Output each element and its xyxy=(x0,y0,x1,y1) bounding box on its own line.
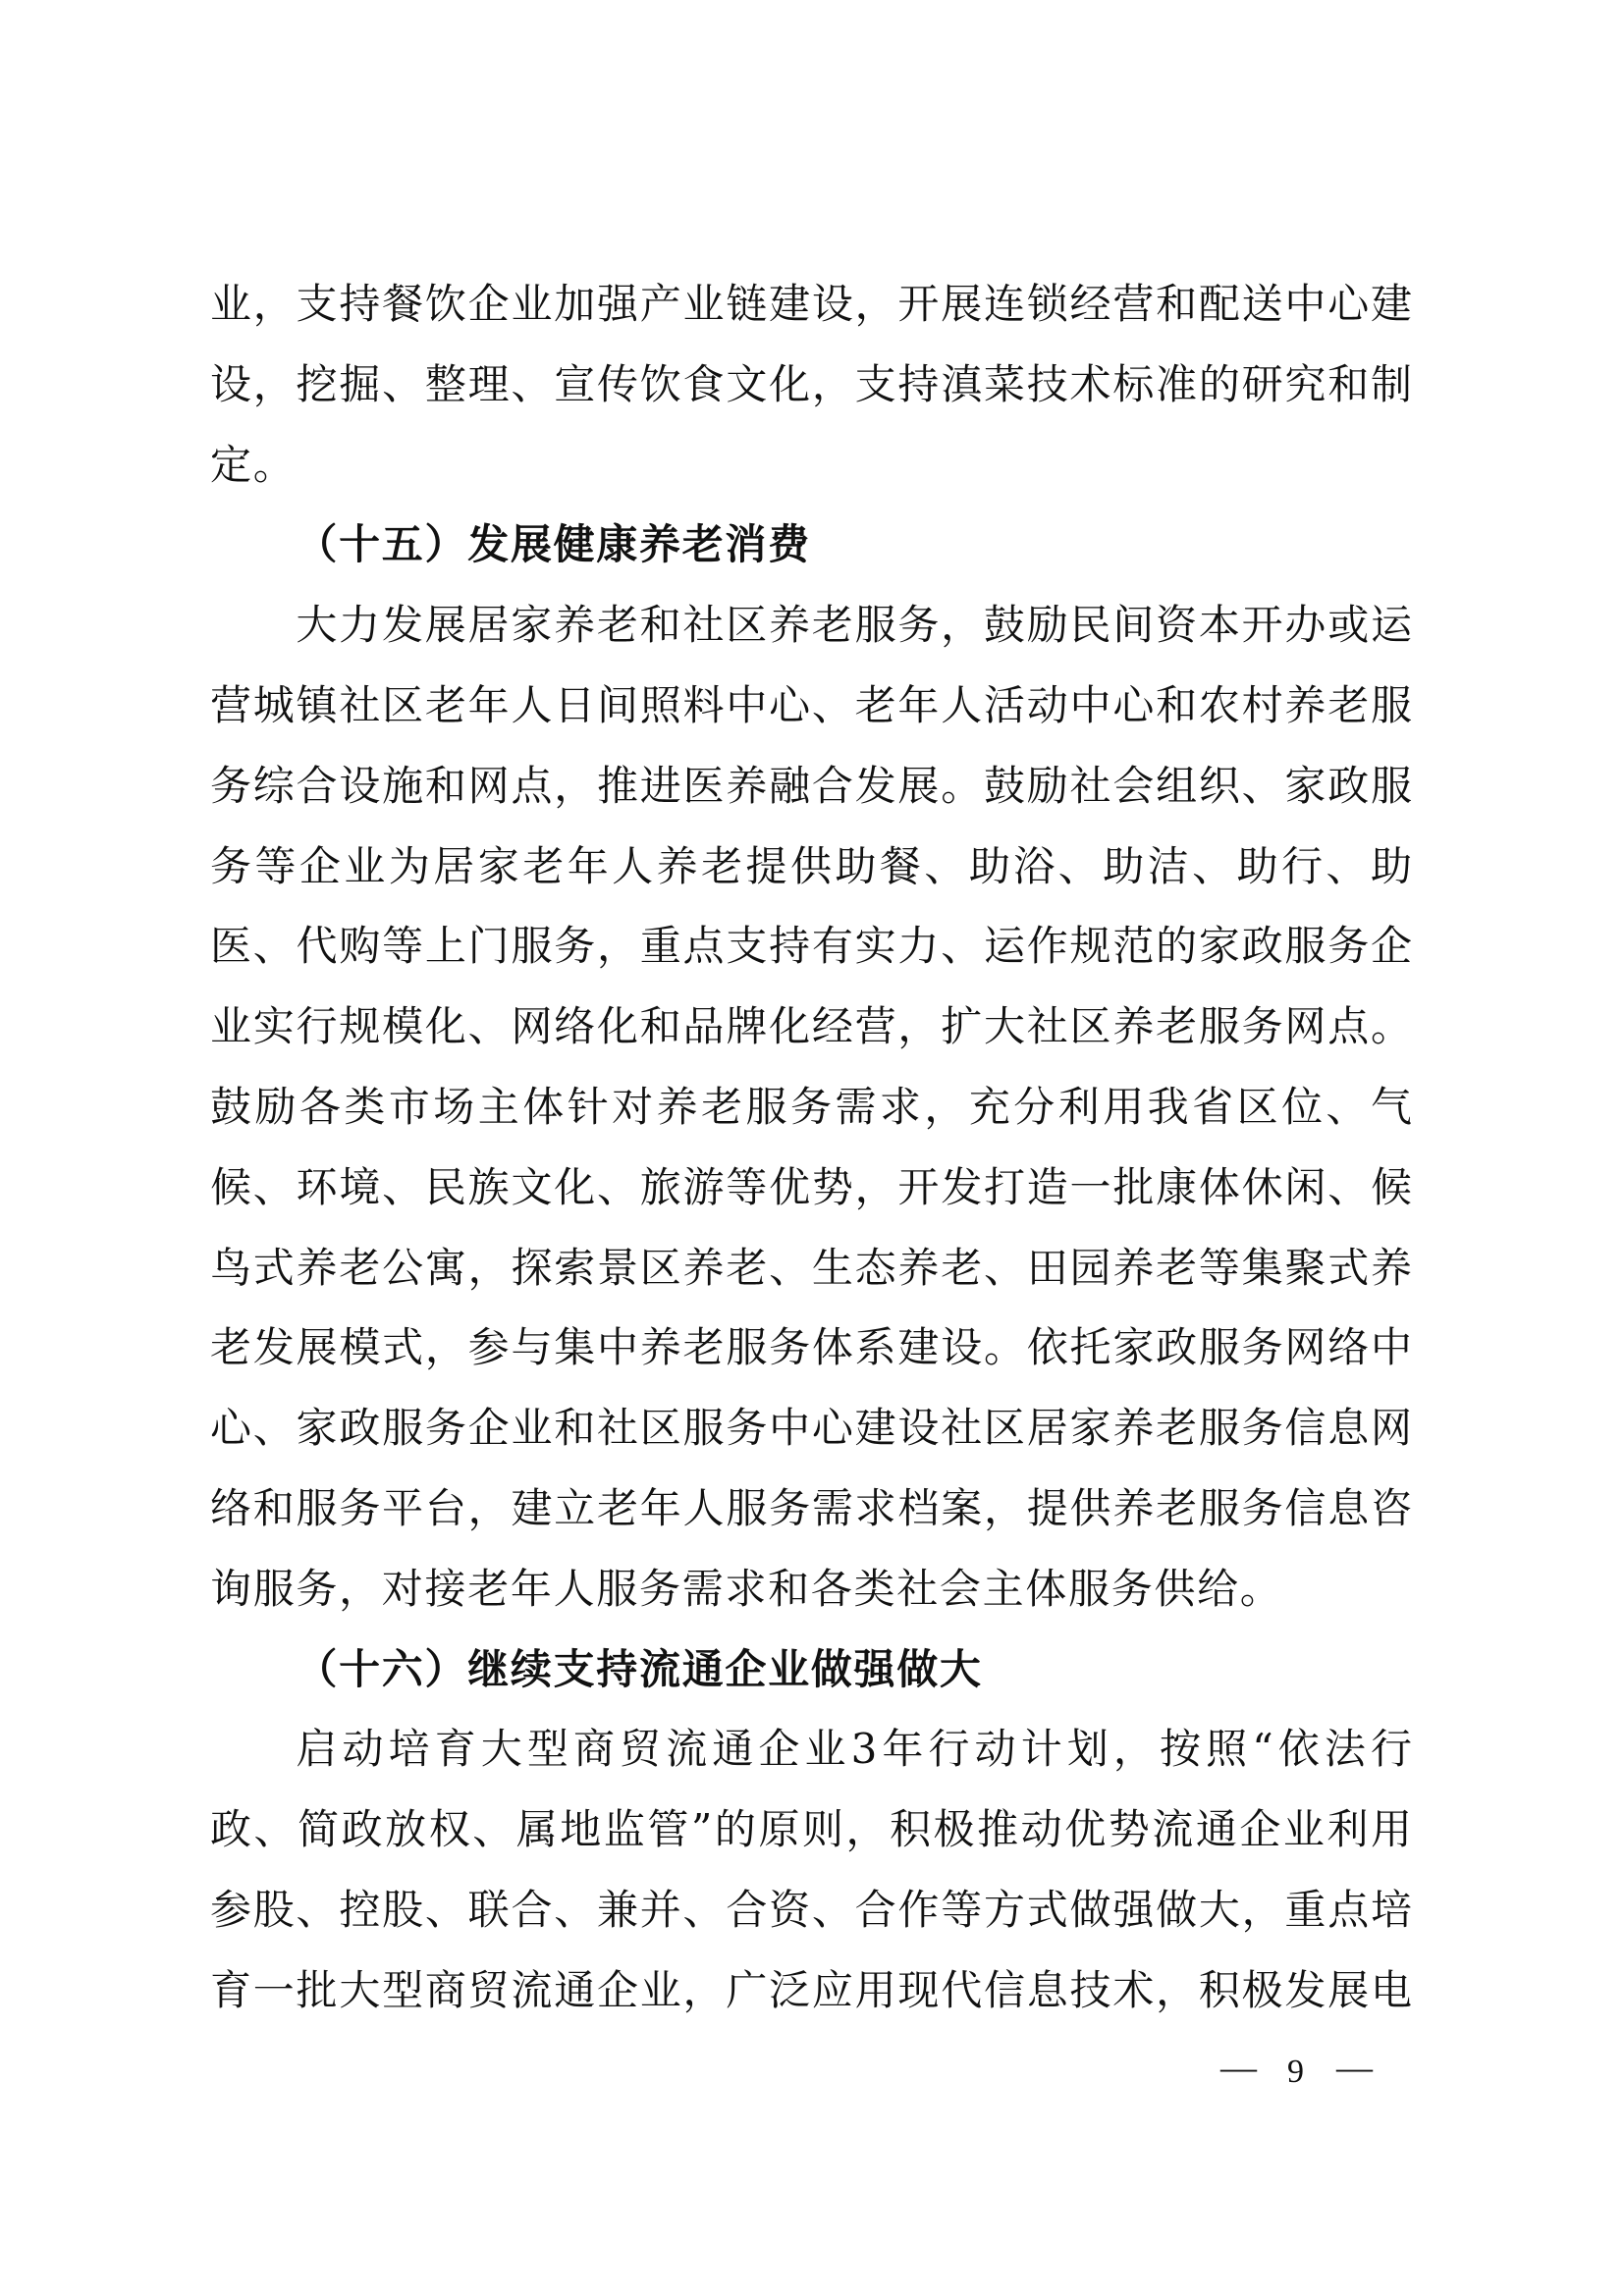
section-heading-16: （十六）继续支持流通企业做强做大 xyxy=(210,1629,1412,1710)
text-line: 定。 xyxy=(210,425,1412,506)
text-line: 务等企业为居家老年人养老提供助餐、助浴、助洁、助行、助 xyxy=(210,827,1412,907)
page-number-value: 9 xyxy=(1287,2056,1304,2089)
text-line: 政、简政放权、属地监管”的原则，积极推动优势流通企业利用 xyxy=(210,1789,1412,1870)
section-heading-15: （十五）发展健康养老消费 xyxy=(210,505,1412,585)
text-line: 络和服务平台，建立老年人服务需求档案，提供养老服务信息咨 xyxy=(210,1468,1412,1549)
text-line: 务综合设施和网点，推进医养融合发展。鼓励社会组织、家政服 xyxy=(210,746,1412,827)
text-line: 启动培育大型商贸流通企业3年行动计划，按照“依法行 xyxy=(210,1709,1412,1789)
text-line: 营城镇社区老年人日间照料中心、老年人活动中心和农村养老服 xyxy=(210,666,1412,746)
text-line: 鼓励各类市场主体针对养老服务需求，充分利用我省区位、气 xyxy=(210,1067,1412,1148)
body-text-block: 业，支持餐饮企业加强产业链建设，开展连锁经营和配送中心建 设，挖掘、整理、宣传饮… xyxy=(210,264,1412,2031)
text-line: 老发展模式，参与集中养老服务体系建设。依托家政服务网络中 xyxy=(210,1308,1412,1388)
text-line: 候、环境、民族文化、旅游等优势，开发打造一批康体休闲、候 xyxy=(210,1148,1412,1228)
text-line: 业，支持餐饮企业加强产业链建设，开展连锁经营和配送中心建 xyxy=(210,264,1412,345)
text-line: 参股、控股、联合、兼并、合资、合作等方式做强做大，重点培 xyxy=(210,1870,1412,1950)
text-line: 鸟式养老公寓，探索景区养老、生态养老、田园养老等集聚式养 xyxy=(210,1228,1412,1308)
text-line: 医、代购等上门服务，重点支持有实力、运作规范的家政服务企 xyxy=(210,906,1412,987)
page-number-dash-left: — xyxy=(1220,2050,1257,2086)
text-line: 设，挖掘、整理、宣传饮食文化，支持滇菜技术标准的研究和制 xyxy=(210,345,1412,425)
text-line: 育一批大型商贸流通企业，广泛应用现代信息技术，积极发展电 xyxy=(210,1950,1412,2031)
text-line: 心、家政服务企业和社区服务中心建设社区居家养老服务信息网 xyxy=(210,1388,1412,1468)
text-line: 大力发展居家养老和社区养老服务，鼓励民间资本开办或运 xyxy=(210,585,1412,666)
text-line: 业实行规模化、网络化和品牌化经营，扩大社区养老服务网点。 xyxy=(210,987,1412,1067)
text-line: 询服务，对接老年人服务需求和各类社会主体服务供给。 xyxy=(210,1549,1412,1629)
document-page: 业，支持餐饮企业加强产业链建设，开展连锁经营和配送中心建 设，挖掘、整理、宣传饮… xyxy=(0,0,1624,2296)
page-number-dash-right: — xyxy=(1336,2050,1373,2086)
